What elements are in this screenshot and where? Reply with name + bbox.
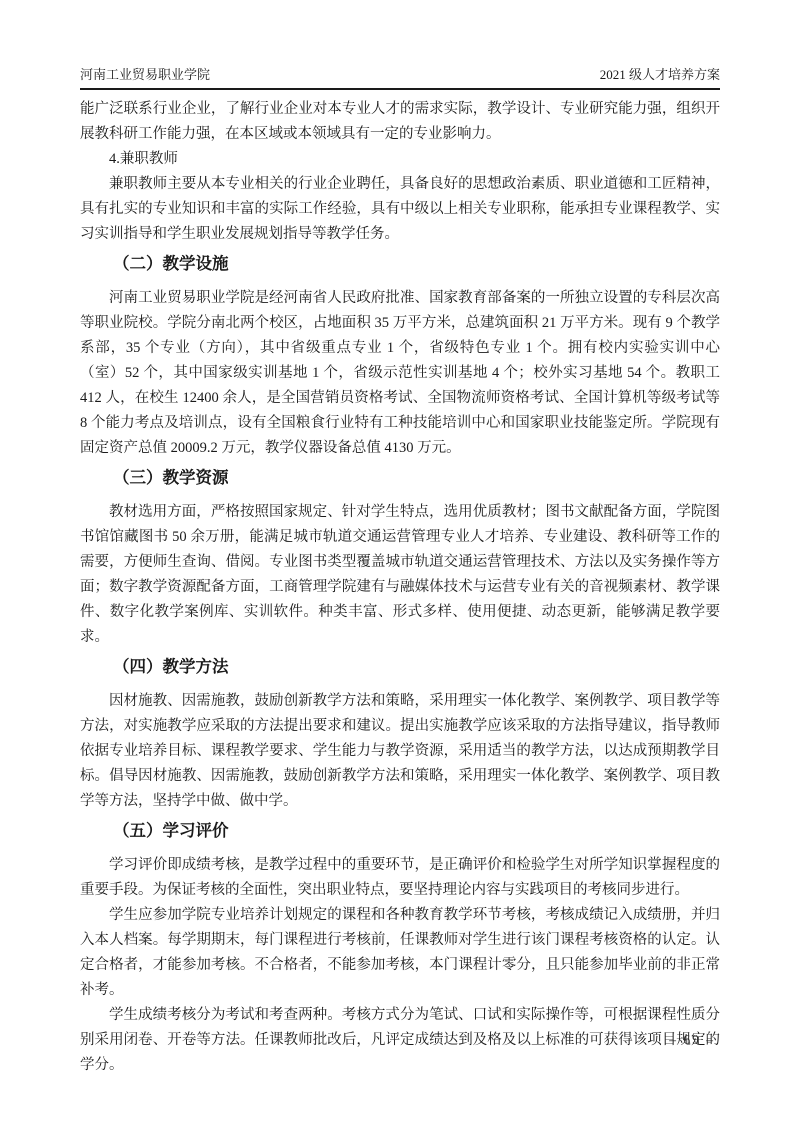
document-page: 河南工业贸易职业学院 2021 级人才培养方案 能广泛联系行业企业，了解行业企业… xyxy=(0,0,793,1122)
section-heading-teaching-resources: （三）教学资源 xyxy=(80,466,720,490)
header-document-title: 2021 级人才培养方案 xyxy=(600,66,720,83)
item-parttime-teachers-label: 4.兼职教师 xyxy=(80,147,720,172)
learning-evaluation-paragraph-2: 学生应参加学院专业培养计划规定的课程和各种教育教学环节考核，考核成绩记入成绩册，… xyxy=(80,903,720,1003)
continuation-paragraph: 能广泛联系行业企业，了解行业企业对本专业人才的需求实际，教学设计、专业研究能力强… xyxy=(80,97,720,147)
teaching-facilities-paragraph: 河南工业贸易职业学院是经河南省人民政府批准、国家教育部备案的一所独立设置的专科层… xyxy=(80,286,720,461)
page-number: – 69 – xyxy=(669,1032,715,1048)
page-header: 河南工业贸易职业学院 2021 级人才培养方案 xyxy=(80,0,720,90)
section-heading-teaching-facilities: （二）教学设施 xyxy=(80,252,720,276)
teaching-resources-paragraph: 教材选用方面，严格按照国家规定、针对学生特点，选用优质教材；图书文献配备方面，学… xyxy=(80,500,720,650)
section-heading-learning-evaluation: （五）学习评价 xyxy=(80,819,720,843)
learning-evaluation-paragraph-1: 学习评价即成绩考核，是教学过程中的重要环节，是正确评价和检验学生对所学知识掌握程… xyxy=(80,853,720,903)
parttime-teachers-paragraph: 兼职教师主要从本专业相关的行业企业聘任，具备良好的思想政治素质、职业道德和工匠精… xyxy=(80,172,720,247)
header-school-name: 河南工业贸易职业学院 xyxy=(80,66,210,83)
document-body: 能广泛联系行业企业，了解行业企业对本专业人才的需求实际，教学设计、专业研究能力强… xyxy=(80,90,720,1078)
section-heading-teaching-methods: （四）教学方法 xyxy=(80,655,720,679)
teaching-methods-paragraph: 因材施教、因需施教，鼓励创新教学方法和策略，采用理实一体化教学、案例教学、项目教… xyxy=(80,689,720,814)
learning-evaluation-paragraph-3: 学生成绩考核分为考试和考查两种。考核方式分为笔试、口试和实际操作等，可根据课程性… xyxy=(80,1003,720,1078)
